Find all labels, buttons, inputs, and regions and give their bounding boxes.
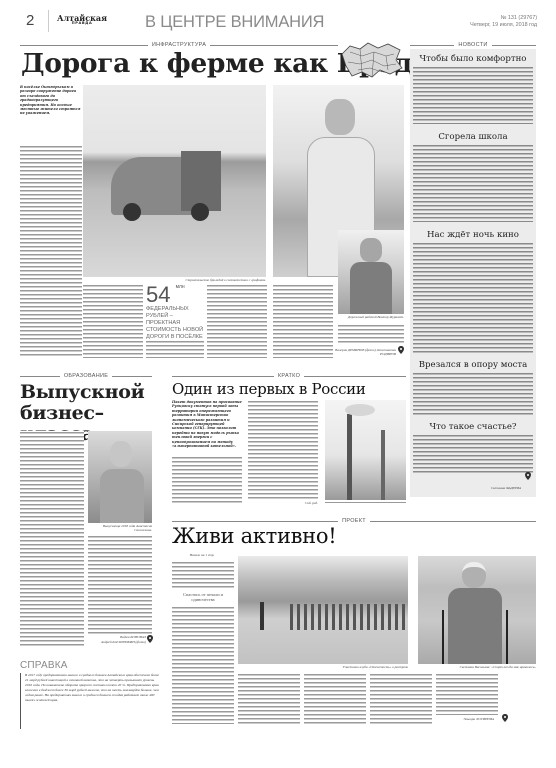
main-article: ИНФРАСТРУКТУРА Дорога к ферме как Бродве…	[20, 42, 405, 362]
photo-woman-nordic-walking	[418, 556, 536, 664]
project-signature: Эльвира ЛОГИНОВА	[436, 717, 494, 721]
brief-lead: Пакет документов на присвоение Рубцовску…	[172, 400, 242, 454]
graduate-body	[100, 469, 144, 523]
masthead: 2 Алтайская правда В ЦЕНТРЕ ВНИМАНИЯ № 1…	[0, 0, 556, 38]
project-article: ПРОЕКТ Живи активно! Начало на 1 стр. Сп…	[172, 518, 536, 736]
brief-body-col2	[248, 400, 318, 500]
photo-power-plant	[325, 400, 406, 500]
brief-body-col1	[172, 456, 242, 504]
graduate-caption: Выпускница 2018 года Анастасия Сапожнова…	[88, 524, 152, 532]
education-body-col1	[20, 431, 84, 647]
reference-title: СПРАВКА	[20, 660, 160, 671]
rubric-news: НОВОСТИ	[410, 42, 536, 48]
education-article: ОБРАЗОВАНИЕ Выпускной бизнес–класса Нача…	[20, 373, 152, 653]
news-title: Сгорела школа	[413, 132, 533, 142]
issue-info: № 131 (29767) Четверг, 19 июля, 2018 год	[470, 15, 537, 29]
wheel	[123, 203, 141, 221]
photo-graduate	[88, 431, 152, 523]
newspaper-logo: Алтайская правда	[57, 14, 107, 26]
stat-unit: млн	[176, 284, 185, 290]
continued-from: Начало на 1 стр.	[172, 553, 232, 557]
news-item: Сгорела школа	[413, 132, 533, 222]
main-body-col5	[338, 324, 404, 344]
brief-headline: Один из первых в России	[172, 382, 406, 397]
divider	[48, 10, 49, 32]
page-number: 2	[26, 12, 34, 29]
trainer	[260, 602, 264, 630]
project-body-col1b	[172, 606, 234, 724]
project-body-col2	[238, 673, 300, 725]
reference-text: В 2017 году предприятиями малого и средн…	[20, 673, 160, 729]
author-pin-icon	[398, 346, 404, 354]
project-body-col4	[370, 673, 432, 725]
news-text	[413, 66, 533, 124]
truck-cab	[181, 151, 221, 211]
rubric-education: ОБРАЗОВАНИЕ	[20, 373, 152, 379]
news-title: Что такое счастье?	[413, 422, 533, 432]
news-item: Нас ждёт ночь кино	[413, 230, 533, 354]
project-body-col1a	[172, 561, 234, 589]
news-text	[413, 372, 533, 416]
chimney	[381, 430, 385, 500]
news-text	[413, 434, 533, 474]
reference-box: СПРАВКА В 2017 году предприятиями малого…	[20, 660, 160, 736]
main-body-col4	[273, 284, 333, 358]
photo1-caption: Строительство бригадой в соответствии с …	[100, 278, 266, 282]
education-body-col2	[88, 535, 152, 635]
project-body-col5	[436, 673, 498, 715]
news-item: Врезался в опору моста	[413, 360, 533, 416]
wheel	[191, 203, 209, 221]
news-item: Что такое счастье?	[413, 422, 533, 474]
graduate-head	[110, 441, 132, 467]
photo3-caption: Дорожный рабочий Виктор Журавлёв.	[338, 315, 404, 319]
news-signature: Светлана ФАДЕЕВА	[413, 474, 533, 493]
photo-stadium-group	[238, 556, 408, 664]
photo4-caption: Валерия ДЕМИНОВ (фото), Константин РОДИН…	[320, 348, 396, 356]
brief-box-border	[325, 502, 406, 503]
author-pin-icon	[502, 714, 508, 722]
chimney	[347, 414, 352, 500]
rubric-brief: КРАТКО	[172, 373, 406, 379]
news-text	[413, 242, 533, 354]
education-signature: Вадим КОНОВАЛ Андрей КАСПРИЗКИН (фото)	[88, 635, 146, 644]
main-body-col2b	[146, 340, 204, 358]
man-head	[325, 99, 355, 135]
issue-date: Четверг, 19 июля, 2018 год	[470, 22, 537, 29]
brief-signature: Сиб. ред.	[282, 501, 318, 505]
worker-body	[350, 262, 392, 314]
woman-body	[448, 588, 502, 664]
news-box: Чтобы было комфортно Сгорела школа Нас ж…	[410, 49, 536, 497]
stat-box: 54 млн федеральных рублей – проектная ст…	[146, 284, 204, 334]
project-body-col3	[304, 673, 366, 725]
project-headline: Живи активно!	[172, 526, 536, 547]
walking-pole	[506, 610, 508, 664]
people-row	[290, 604, 408, 630]
stat-number: 54	[146, 282, 170, 307]
news-column: НОВОСТИ Чтобы было комфортно Сгорела шко…	[410, 42, 536, 497]
smoke	[345, 404, 375, 416]
project-subhead: Спастись от печали и одиночества	[174, 592, 232, 602]
main-lead: В посёлке Октябрьском в разгаре сооружен…	[20, 85, 82, 140]
news-text	[413, 144, 533, 222]
news-title: Нас ждёт ночь кино	[413, 230, 533, 240]
main-body-col2	[83, 284, 143, 358]
woman-head	[462, 562, 486, 588]
photo-concrete-mixer	[83, 85, 266, 277]
photo-stadium-caption: Участники клуба «Отеческость» в растрезк	[268, 665, 408, 669]
walking-pole	[442, 610, 444, 664]
brief-article: КРАТКО Один из первых в России Пакет док…	[172, 373, 406, 508]
region-map-icon	[338, 40, 404, 80]
main-body-col1	[20, 145, 82, 358]
issue-number: № 131 (29767)	[470, 15, 537, 22]
photo-woman-caption: Светлана Васильева: «Спорт всегда мне нр…	[418, 665, 536, 669]
news-title: Чтобы было комфортно	[413, 54, 533, 64]
worker-head	[360, 238, 382, 262]
section-title: В ЦЕНТРЕ ВНИМАНИЯ	[145, 13, 324, 32]
news-title: Врезался в опору моста	[413, 360, 533, 370]
photo-road-worker	[338, 230, 404, 314]
news-item: Чтобы было комфортно	[413, 54, 533, 124]
main-body-col3	[207, 284, 267, 358]
author-pin-icon	[525, 472, 531, 480]
author-pin-icon	[147, 635, 153, 643]
